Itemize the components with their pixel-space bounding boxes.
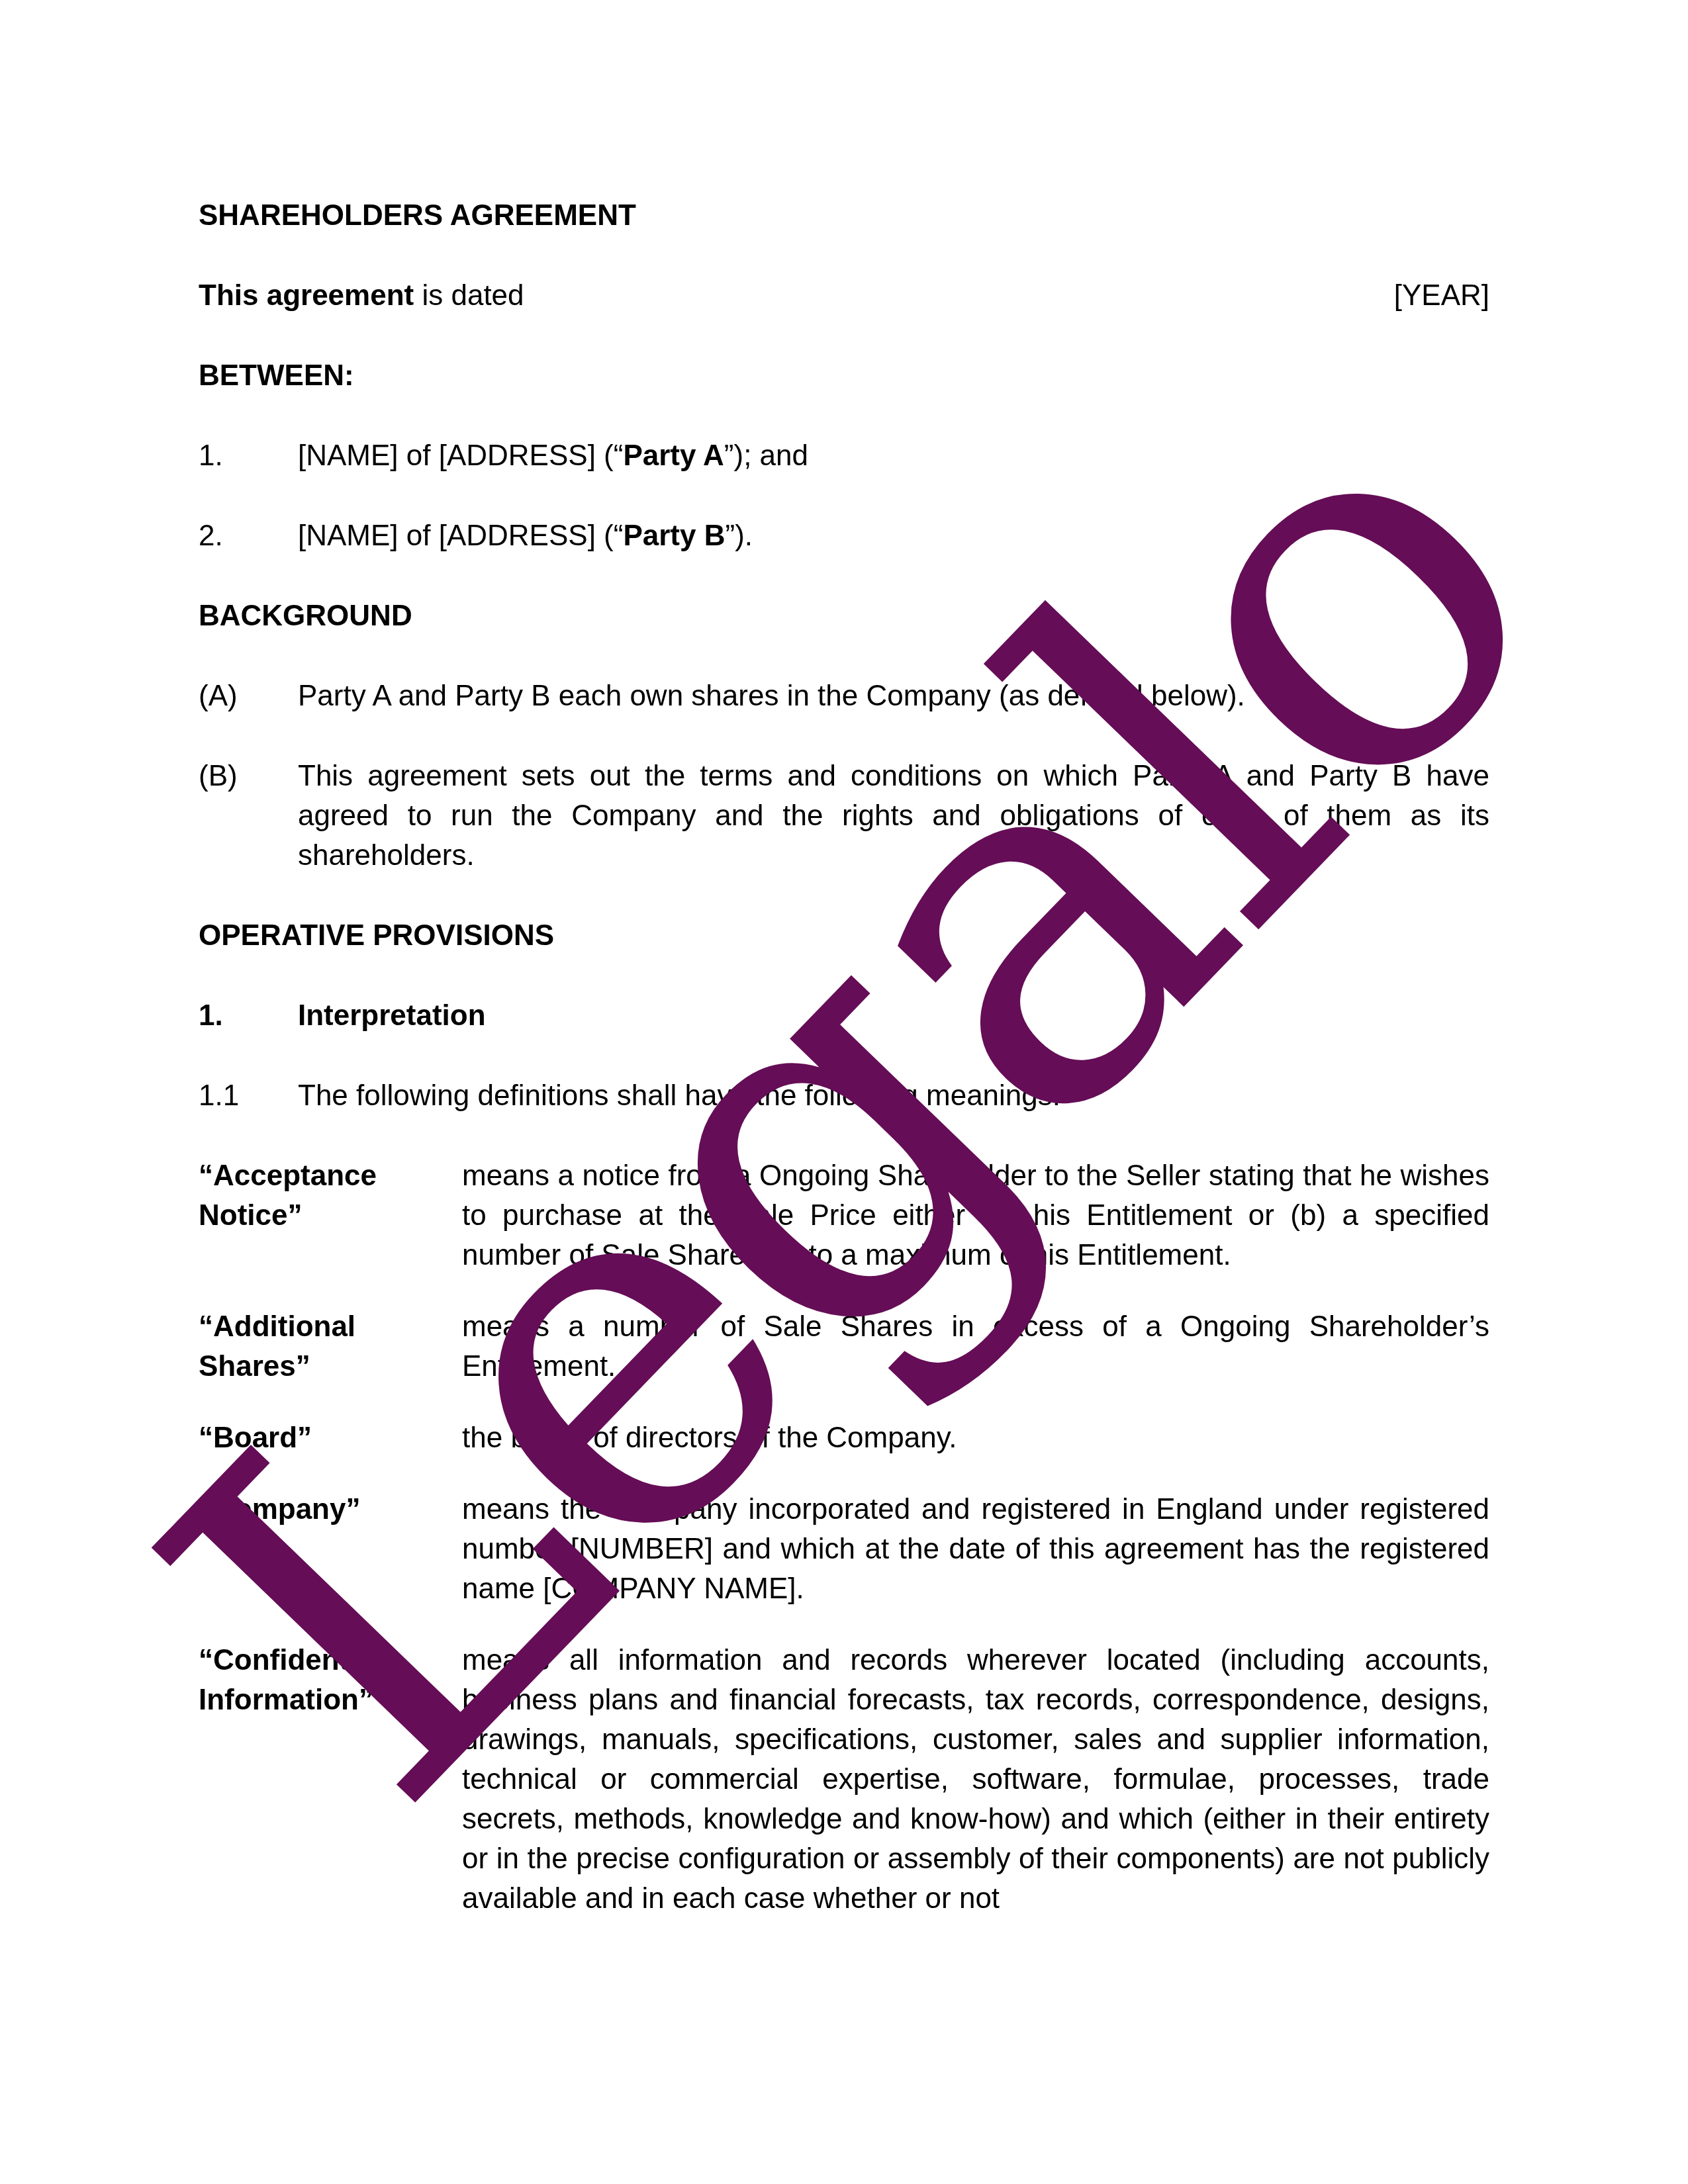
recital-label: (B) <box>199 756 298 876</box>
definition-item: “Company” means the Company incorporated… <box>199 1490 1489 1609</box>
definition-term: “Confidential Information” <box>199 1641 462 1919</box>
clause-heading: 1. Interpretation <box>199 996 1489 1036</box>
definition-meaning: means a number of Sale Shares in excess … <box>462 1307 1489 1387</box>
definition-meaning: means the Company incorporated and regis… <box>462 1490 1489 1609</box>
subclause-text: The following definitions shall have the… <box>298 1076 1489 1116</box>
party-defined-term: Party B <box>623 520 725 552</box>
recital-text: Party A and Party B each own shares in t… <box>298 676 1489 716</box>
definition-term: “Acceptance Notice” <box>199 1156 462 1275</box>
date-label-rest: is dated <box>414 279 524 312</box>
definition-term: “Board” <box>199 1418 462 1458</box>
date-label-bold: This agreement <box>199 279 414 312</box>
document-page: SHAREHOLDERS AGREEMENT This agreement is… <box>0 0 1688 2184</box>
party-prefix: [NAME] of [ADDRESS] (“ <box>298 520 623 552</box>
party-suffix: ”). <box>726 520 753 552</box>
between-heading: BETWEEN: <box>199 356 1489 396</box>
date-label: This agreement is dated <box>199 276 524 316</box>
party-text: [NAME] of [ADDRESS] (“Party B”). <box>298 516 1489 556</box>
clause-number: 1. <box>199 996 298 1036</box>
definition-meaning: means all information and records wherev… <box>462 1641 1489 1919</box>
recital-label: (A) <box>199 676 298 716</box>
clause-title: Interpretation <box>298 996 1489 1036</box>
definition-item: “Acceptance Notice” means a notice from … <box>199 1156 1489 1275</box>
agreement-date-line: This agreement is dated [YEAR] <box>199 276 1489 316</box>
definition-item: “Additional Shares” means a number of Sa… <box>199 1307 1489 1387</box>
party-text: [NAME] of [ADDRESS] (“Party A”); and <box>298 436 1489 476</box>
definition-term: “Additional Shares” <box>199 1307 462 1387</box>
subclause: 1.1 The following definitions shall have… <box>199 1076 1489 1116</box>
recital-text: This agreement sets out the terms and co… <box>298 756 1489 876</box>
definition-item: “Board” the board of directors of the Co… <box>199 1418 1489 1458</box>
document-body: SHAREHOLDERS AGREEMENT This agreement is… <box>199 196 1489 1950</box>
subclause-number: 1.1 <box>199 1076 298 1116</box>
party-defined-term: Party A <box>623 439 724 472</box>
party-item: 1. [NAME] of [ADDRESS] (“Party A”); and <box>199 436 1489 476</box>
recital-item: (B) This agreement sets out the terms an… <box>199 756 1489 876</box>
definition-meaning: the board of directors of the Company. <box>462 1418 1489 1458</box>
background-heading: BACKGROUND <box>199 596 1489 636</box>
party-prefix: [NAME] of [ADDRESS] (“ <box>298 439 623 472</box>
definitions-list: “Acceptance Notice” means a notice from … <box>199 1156 1489 1919</box>
operative-provisions-heading: OPERATIVE PROVISIONS <box>199 916 1489 956</box>
definition-meaning: means a notice from a Ongoing Shareholde… <box>462 1156 1489 1275</box>
party-number: 2. <box>199 516 298 556</box>
party-item: 2. [NAME] of [ADDRESS] (“Party B”). <box>199 516 1489 556</box>
party-number: 1. <box>199 436 298 476</box>
recital-item: (A) Party A and Party B each own shares … <box>199 676 1489 716</box>
date-value: [YEAR] <box>1394 276 1489 316</box>
document-title: SHAREHOLDERS AGREEMENT <box>199 196 1489 236</box>
definition-item: “Confidential Information” means all inf… <box>199 1641 1489 1919</box>
definition-term: “Company” <box>199 1490 462 1609</box>
party-suffix: ”); and <box>724 439 808 472</box>
